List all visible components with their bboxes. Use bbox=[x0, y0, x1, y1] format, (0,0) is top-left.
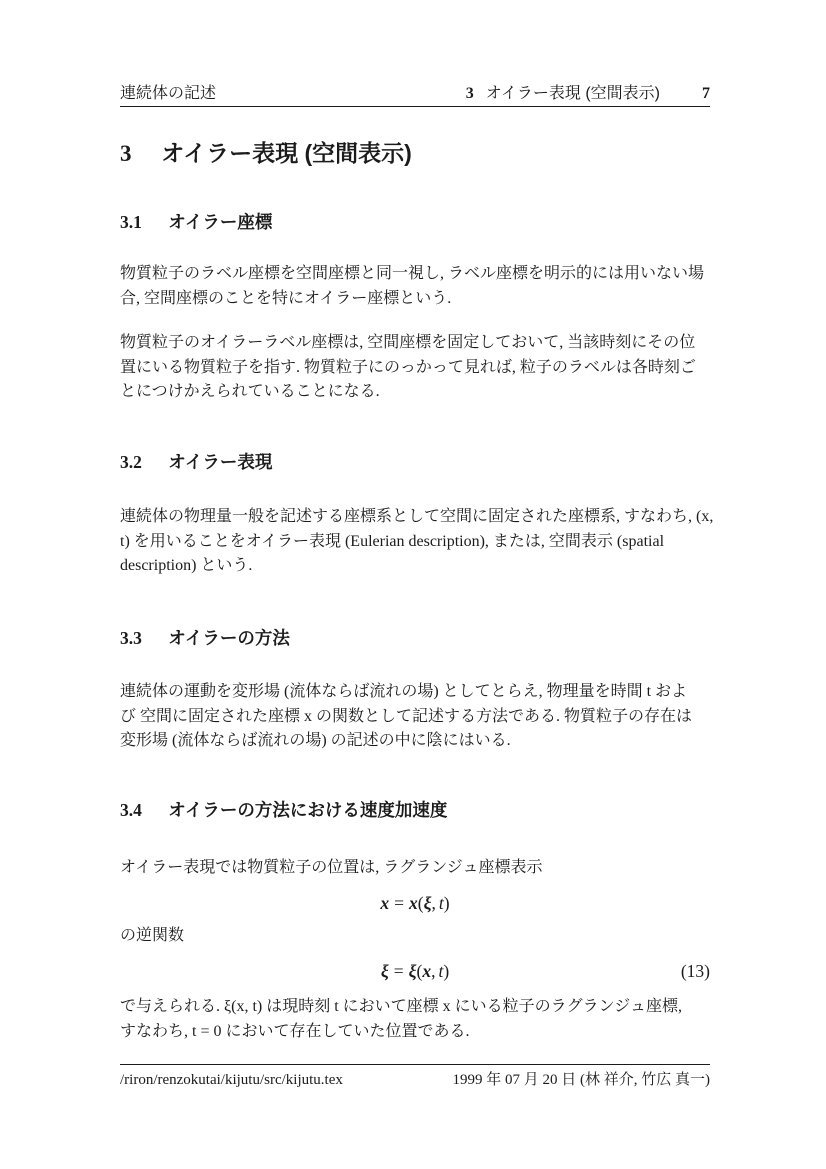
math-vector: x bbox=[380, 893, 389, 913]
header-page-number: 7 bbox=[702, 84, 710, 103]
paragraph-euler-method: 連続体の運動を変形場 (流体ならば流れの場) としてとらえ, 物理量を時間 t … bbox=[120, 680, 710, 754]
math-vector: x bbox=[422, 961, 431, 981]
footer-file-path: /riron/renzokutai/kijutu/src/kijutu.tex bbox=[120, 1071, 343, 1089]
header-document-title: 連続体の記述 bbox=[120, 84, 216, 103]
paragraph-velocity-outro: で与えられる. ξ(x, t) は現時刻 t において座標 x にいる粒子のラグ… bbox=[120, 995, 710, 1044]
paragraph-velocity-intro: オイラー表現では物質粒子の位置は, ラグランジュ座標表示 bbox=[120, 856, 710, 881]
math-comma: , bbox=[432, 893, 436, 913]
paragraph-line: 連続体の運動を変形場 (流体ならば流れの場) としてとらえ, 物理量を時間 t … bbox=[120, 680, 710, 705]
footer-date-authors: 1999 年 07 月 20 日 (林 祥介, 竹広 真一) bbox=[453, 1071, 711, 1089]
subsection-label: オイラー表現 bbox=[168, 452, 272, 472]
section-title: 3 オイラー表現 (空間表示) bbox=[120, 136, 710, 171]
page-header: 連続体の記述 3 オイラー表現 (空間表示) 7 bbox=[120, 84, 710, 107]
paragraph-line: び 空間に固定された座標 x の関数として記述する方法である. 物質粒子の存在は bbox=[120, 705, 710, 730]
math-vector: ξ bbox=[381, 961, 389, 981]
equation-position-lagrangian: x=x(ξ,t) bbox=[120, 891, 710, 915]
paragraph-line: の逆関数 bbox=[120, 924, 710, 949]
subsection-label: オイラーの方法 bbox=[168, 628, 290, 648]
page-footer: /riron/renzokutai/kijutu/src/kijutu.tex … bbox=[120, 1064, 710, 1089]
math-paren: ) bbox=[443, 961, 449, 981]
paragraph-line: とにつけかえられていることになる. bbox=[120, 380, 710, 405]
header-section-number: 3 bbox=[466, 84, 474, 103]
subsection-heading-3-4: 3.4 オイラーの方法における速度加速度 bbox=[120, 798, 710, 822]
equation-number: (13) bbox=[681, 959, 710, 983]
equation-13: ξ=ξ(x,t) (13) bbox=[120, 959, 710, 983]
paragraph-inverse-function: の逆関数 bbox=[120, 924, 710, 949]
subsection-label: オイラー座標 bbox=[168, 212, 272, 232]
subsection-heading-3-3: 3.3 オイラーの方法 bbox=[120, 626, 710, 650]
paragraph-euler-coordinates-2: 物質粒子のオイラーラベル座標は, 空間座標を固定しておいて, 当該時刻にその位 … bbox=[120, 331, 710, 405]
math-relation: = bbox=[394, 961, 404, 981]
paragraph-line: 連続体の物理量一般を記述する座標系として空間に固定された座標系, すなわち, (… bbox=[120, 505, 710, 530]
paragraph-line: で与えられる. ξ(x, t) は現時刻 t において座標 x にいる粒子のラグ… bbox=[120, 995, 710, 1020]
subsection-number: 3.2 bbox=[120, 452, 142, 472]
paragraph-line: 物質粒子のオイラーラベル座標は, 空間座標を固定しておいて, 当該時刻にその位 bbox=[120, 331, 710, 356]
document-page: 連続体の記述 3 オイラー表現 (空間表示) 7 3 オイラー表現 (空間表示)… bbox=[0, 0, 826, 1169]
subsection-number: 3.3 bbox=[120, 628, 142, 648]
subsection-heading-3-2: 3.2 オイラー表現 bbox=[120, 450, 710, 474]
section-title-label: オイラー表現 (空間表示) bbox=[161, 140, 412, 166]
paragraph-line: 置にいる物質粒子を指す. 物質粒子にのっかって見れば, 粒子のラベルは各時刻ご bbox=[120, 356, 710, 381]
math-relation: = bbox=[394, 893, 404, 913]
paragraph-line: 合, 空間座標のことを特にオイラー座標という. bbox=[120, 287, 710, 312]
header-section-label: オイラー表現 (空間表示) bbox=[486, 84, 660, 103]
paragraph-line: t) を用いることをオイラー表現 (Eulerian description),… bbox=[120, 530, 710, 555]
subsection-label: オイラーの方法における速度加速度 bbox=[168, 800, 447, 820]
subsection-number: 3.4 bbox=[120, 800, 142, 820]
section-title-number: 3 bbox=[120, 141, 132, 166]
math-vector: x bbox=[409, 893, 418, 913]
header-section-mark: 3 オイラー表現 (空間表示) 7 bbox=[466, 84, 710, 103]
paragraph-line: オイラー表現では物質粒子の位置は, ラグランジュ座標表示 bbox=[120, 856, 710, 881]
paragraph-line: すなわち, t = 0 において存在していた位置である. bbox=[120, 1020, 710, 1045]
subsection-heading-3-1: 3.1 オイラー座標 bbox=[120, 210, 710, 234]
paragraph-line: 変形場 (流体ならば流れの場) の記述の中に陰にはいる. bbox=[120, 729, 710, 754]
paragraph-line: description) という. bbox=[120, 554, 710, 579]
math-comma: , bbox=[431, 961, 435, 981]
subsection-number: 3.1 bbox=[120, 212, 142, 232]
math-vector: ξ bbox=[424, 893, 432, 913]
math-paren: ) bbox=[444, 893, 450, 913]
paragraph-euler-description: 連続体の物理量一般を記述する座標系として空間に固定された座標系, すなわち, (… bbox=[120, 505, 710, 579]
paragraph-euler-coordinates-1: 物質粒子のラベル座標を空間座標と同一視し, ラベル座標を明示的には用いない場 合… bbox=[120, 262, 710, 311]
paragraph-line: 物質粒子のラベル座標を空間座標と同一視し, ラベル座標を明示的には用いない場 bbox=[120, 262, 710, 287]
